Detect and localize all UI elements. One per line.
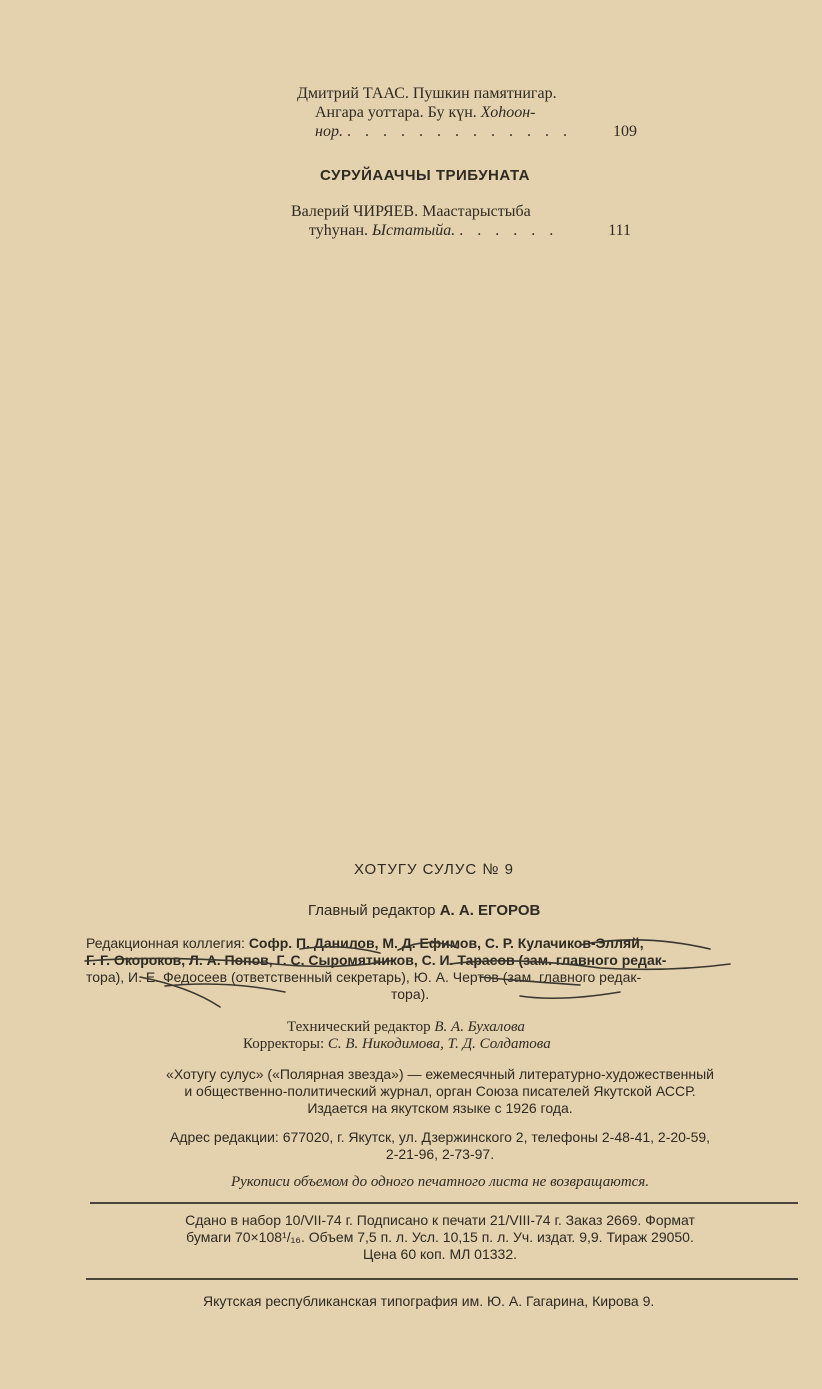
toc-title: Маастарыстыба [422,203,531,220]
toc-title: Пушкин памятнигар. [413,85,557,102]
toc-page-number: 111 [608,221,631,240]
toc-leader-dots: . . . . . . . . . . . . . [347,123,572,140]
toc-genre: Хоһоон- [481,104,536,121]
toc-page-number: 109 [613,122,637,141]
toc-genre-cont: нор. [315,123,343,140]
editorial-address: Адрес редакции: 677020, г. Якутск, ул. Д… [80,1129,800,1163]
divider-rule [90,1202,798,1204]
chief-editor-label: Главный редактор [308,902,436,919]
toc-title: Ангара уоттара. Бу күн. [315,104,477,121]
toc-entry-chiryaev: Валерий ЧИРЯЕВ. Маастарыстыба туһунан. Ы… [291,202,631,240]
journal-description: «Хотугу сулус» («Полярная звезда») — еже… [80,1066,800,1117]
chief-editor-name: А. А. ЕГОРОВ [440,902,541,919]
print-details: Сдано в набор 10/VII-74 г. Подписано к п… [80,1212,800,1263]
toc-entry-taas: Дмитрий ТААС. Пушкин памятнигар. Ангара … [297,84,637,141]
section-title: СУРУЙААЧЧЫ ТРИБУНАТА [320,167,530,184]
correctors-line: Корректоры: С. В. Никодимова, Т. Д. Солд… [243,1036,551,1053]
chief-editor-line: Главный редактор А. А. ЕГОРОВ [308,902,540,919]
toc-genre: Ыстатыйа. [372,222,455,239]
printer-info: Якутская республиканская типография им. … [203,1293,654,1309]
toc-author: Дмитрий ТААС. [297,85,409,102]
manuscripts-note: Рукописи объемом до одного печатного лис… [80,1174,800,1191]
toc-title: туһунан. [309,222,368,239]
toc-leader-dots: . . . . . . [459,222,558,239]
divider-rule [86,1278,798,1280]
toc-author: Валерий ЧИРЯЕВ. [291,203,418,220]
document-page: Дмитрий ТААС. Пушкин памятнигар. Ангара … [0,0,822,1389]
journal-title: ХОТУГУ СУЛУС № 9 [354,861,514,878]
pen-strikethrough-marks [80,930,810,1010]
tech-editor-line: Технический редактор В. А. Бухалова [287,1019,525,1036]
